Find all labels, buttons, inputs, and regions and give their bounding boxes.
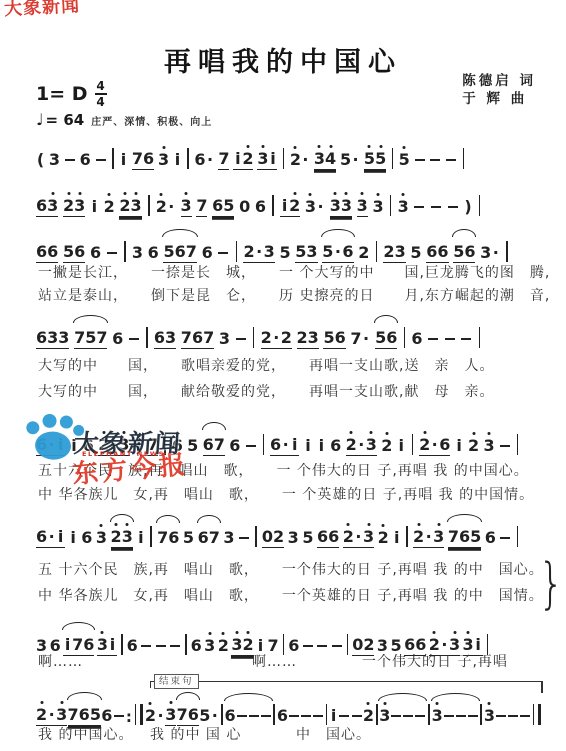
note-token: 6 [229, 430, 240, 456]
note-token [316, 638, 328, 656]
note-digit: 3 [306, 243, 317, 260]
duration-dash [508, 715, 518, 717]
duration-dash [428, 338, 438, 340]
ending-section-label: 结束句 [154, 674, 199, 689]
note-digit: i [317, 437, 326, 454]
note-digit: 3 [58, 329, 69, 346]
note-digit: 6 [80, 151, 91, 168]
octave-dot [261, 145, 264, 148]
note-token: 66 [317, 521, 339, 548]
note-token: 0 [239, 191, 250, 217]
note-token [238, 530, 250, 548]
duration-dash [403, 715, 413, 717]
duration-dash [107, 252, 117, 254]
note-digit: 5 [85, 329, 96, 346]
note-digit: 6 [198, 529, 209, 546]
note-digit: i [119, 151, 128, 168]
note-digit: 6 [81, 529, 92, 546]
notation-line-3: 665663656762·35535·6223566563· [36, 231, 510, 263]
note-token: 2·6 [419, 429, 450, 456]
barline [412, 434, 414, 455]
slur-arc-icon [447, 514, 482, 522]
note-digit: 7 [186, 243, 197, 260]
duration-dash [431, 206, 441, 208]
barline [376, 704, 378, 725]
note-digit: 6 [112, 330, 123, 347]
note-digit: i [134, 437, 143, 454]
note-digit: 6 [342, 243, 353, 260]
octave-dot [382, 524, 385, 527]
octave-dot [40, 701, 43, 704]
note-digit: 2 [346, 436, 357, 453]
lyric-row8-seg1: 我 的中国心。 [38, 724, 133, 744]
octave-dot [350, 431, 353, 434]
note-digit: 6 [277, 707, 288, 724]
note-digit: 6 [90, 244, 101, 261]
duration-dash [391, 715, 401, 717]
note-digit: 6 [191, 637, 202, 654]
note-token: 2· [156, 191, 176, 217]
note-token [460, 331, 472, 349]
note-digit: 7 [209, 529, 220, 546]
barline [121, 634, 123, 655]
barline [253, 327, 255, 348]
note-token [140, 638, 152, 656]
note-digit: 3 [219, 330, 230, 347]
duration-dash [170, 645, 180, 647]
duration-dash [303, 645, 313, 647]
note-digit: 3 [132, 244, 143, 261]
chorus-brace: } [538, 552, 564, 615]
note-token: 02 [262, 521, 284, 548]
note-token [95, 152, 107, 170]
key-signature: 1= D 4 4 [36, 80, 107, 108]
octave-dot [472, 432, 475, 435]
note-digit: 3 [74, 197, 85, 214]
note-token: 56 [375, 322, 397, 349]
note-token [444, 331, 456, 349]
note-digit: i [69, 437, 78, 454]
note-token: 6 [330, 430, 341, 456]
note-digit: 0 [239, 198, 250, 215]
note-token: 2 [358, 237, 369, 263]
barline [187, 148, 189, 169]
note-digit: · [424, 528, 433, 545]
note-digit: 7 [177, 706, 188, 723]
note-token: 3 [484, 700, 531, 726]
lyric-row8-seg3: 中 国心。 [296, 724, 371, 744]
note-digit: 2 [273, 528, 284, 545]
note-token: i [90, 191, 99, 217]
note-digit: 3 [158, 151, 169, 168]
slur-arc-icon [431, 693, 480, 701]
note-digit: 2 [378, 529, 389, 546]
note-token: 3 [398, 191, 409, 217]
octave-dot [126, 523, 129, 526]
octave-dot [294, 146, 297, 149]
octave-dot [379, 145, 382, 148]
duration-dash [218, 252, 228, 254]
note-token: 63 [154, 322, 176, 349]
note-token [499, 438, 511, 456]
note-digit: i [280, 197, 289, 214]
note-token: 5· [199, 700, 219, 726]
note-digit: 6 [203, 436, 214, 453]
note-token: i [119, 144, 128, 170]
barline [272, 195, 274, 216]
note-token: 67 [198, 522, 220, 548]
octave-dot [102, 431, 105, 434]
note-token: 23 [383, 236, 405, 263]
note-digit: 3 [118, 436, 129, 453]
note-digit: 3 [366, 436, 377, 453]
octave-dot [403, 146, 406, 149]
note-token: 2 [468, 430, 479, 456]
note-digit: 6 [127, 637, 138, 654]
note-digit: 2 [419, 436, 430, 453]
note-token: i [317, 430, 326, 456]
note-token: i [304, 430, 313, 456]
note-token: 6 [255, 191, 266, 217]
note-token: 6 [191, 630, 202, 656]
note-token: 2 [378, 522, 389, 548]
note-token: 23 [63, 190, 85, 217]
note-digit: 6 [148, 244, 159, 261]
note-token [499, 530, 511, 548]
note-digit: i [108, 636, 117, 653]
note-token: i [134, 430, 143, 456]
note-token [155, 638, 167, 656]
note-token [447, 199, 459, 217]
octave-dot [488, 702, 491, 705]
note-token: 757 [74, 322, 107, 349]
note-digit: 5 [340, 151, 351, 168]
note-digit: i [56, 436, 65, 453]
barline [347, 634, 349, 655]
notation-line-8: 2·37656:2·3765·66i2333 [36, 694, 543, 726]
note-token: i [173, 144, 182, 170]
note-digit: 3 [398, 198, 409, 215]
octave-dot [101, 631, 104, 634]
duration-dash [415, 715, 425, 717]
octave-dot [437, 523, 440, 526]
note-digit: 6 [330, 437, 341, 454]
barline [533, 704, 535, 725]
ending-bracket-line [150, 681, 543, 682]
barline [479, 195, 481, 216]
note-token: 55 [364, 143, 386, 170]
note-token [430, 199, 442, 217]
duration-dash [332, 645, 342, 647]
slur-arc-icon [176, 692, 200, 700]
note-digit: i [455, 437, 464, 454]
note-digit: i [304, 437, 313, 454]
quarter-note-icon: ♩ [36, 110, 44, 129]
note-digit: i [329, 707, 338, 724]
note-token: ( [36, 144, 45, 170]
note-token: 3 [219, 323, 230, 349]
note-digit: 6 [168, 529, 179, 546]
note-digit: · [47, 706, 56, 723]
note-digit: 6 [47, 243, 58, 260]
duration-dash [500, 537, 510, 539]
duration-dash [339, 715, 349, 717]
octave-dot [115, 523, 118, 526]
note-digit: 6 [188, 706, 199, 723]
barline [255, 526, 257, 547]
barline [517, 526, 519, 547]
note-digit: 2 [145, 707, 156, 724]
note-token: 3 [49, 144, 60, 170]
note-token: 7· [350, 323, 370, 349]
note-digit: 6 [437, 243, 448, 260]
note-digit: · [301, 151, 310, 168]
note-digit: 6 [255, 198, 266, 215]
note-digit: 5 [163, 243, 174, 260]
time-numerator: 4 [96, 80, 104, 92]
note-token: 3 [158, 144, 169, 170]
note-digit: · [362, 330, 371, 347]
note-digit: 5 [399, 151, 410, 168]
note-digit: 3 [47, 329, 58, 346]
note-digit: i [392, 529, 401, 546]
note-digit: 2 [381, 437, 392, 454]
duration-dash [456, 715, 466, 717]
note-digit: 4 [325, 150, 336, 167]
note-token: 65 [212, 190, 234, 217]
note-digit: · [109, 436, 118, 453]
note-digit: · [206, 151, 215, 168]
note-digit: 5 [295, 243, 306, 260]
duration-dash [301, 715, 311, 717]
note-digit: · [354, 528, 363, 545]
corner-watermark-logo: 大象新闻 [3, 0, 80, 21]
note-token: 5 [410, 237, 421, 263]
note-digit: 2 [290, 151, 301, 168]
note-token: 3 [372, 191, 383, 217]
barline [390, 195, 392, 216]
note-digit: 6 [192, 329, 203, 346]
note-digit: i [69, 529, 78, 546]
barline [517, 434, 519, 455]
octave-dot [222, 632, 225, 635]
note-digit: 7 [203, 329, 214, 346]
note-digit: 2 [468, 437, 479, 454]
note-token [302, 638, 314, 656]
note-digit: 3 [308, 329, 319, 346]
duration-dash [289, 715, 299, 717]
note-digit: 2 [156, 198, 167, 215]
slur-arc-icon [73, 315, 108, 323]
note-digit: 2 [36, 706, 47, 723]
duration-dash [448, 206, 458, 208]
lyricist-credit: 陈德启 词 [462, 72, 536, 90]
note-digit: 5 [302, 529, 313, 546]
note-digit: 6 [328, 528, 339, 545]
note-token: 5·6 [322, 236, 353, 263]
duration-dash [249, 715, 259, 717]
note-digit: 2 [119, 197, 130, 214]
note-token: 3 [96, 522, 107, 548]
note-digit: 5 [375, 150, 386, 167]
note-token: 7 [196, 190, 207, 217]
note-digit: i [290, 436, 299, 453]
note-digit: 3 [165, 706, 176, 723]
note-digit: i [90, 198, 99, 215]
note-digit: 7 [68, 706, 79, 723]
lyric-row8-seg2: 我 的中 国 心 [150, 724, 241, 744]
note-token: 23 [111, 521, 133, 548]
note-digit: 6 [426, 243, 437, 260]
note-digit: 2 [111, 528, 122, 545]
note-token: 2· [290, 144, 310, 170]
credits: 陈德启 词 于 辉 曲 [462, 72, 536, 108]
note-digit: 6 [36, 436, 47, 453]
note-token: 6· [194, 144, 214, 170]
note-digit: 6 [36, 528, 47, 545]
note-digit: 2 [98, 436, 109, 453]
note-digit: 6 [36, 197, 47, 214]
note-token: 67 [203, 429, 225, 456]
octave-dot [488, 432, 491, 435]
slur-arc-icon [110, 514, 134, 522]
slur-arc-icon [67, 692, 102, 700]
barline [463, 148, 465, 169]
note-digit: 7 [132, 150, 143, 167]
lyric-row-verse2a: 大写的中 国， 歌唱亲爱的党， 再唱一支山歌,送 亲 人。 [38, 355, 550, 375]
note-token: 567 [163, 236, 196, 263]
note-digit: 5 [470, 528, 481, 545]
note-digit: 6 [229, 437, 240, 454]
note-token: 6 [81, 522, 92, 548]
duration-dash [520, 715, 530, 717]
note-digit: 3 [264, 243, 275, 260]
note-digit: 6 [225, 707, 236, 724]
octave-dot [453, 631, 456, 634]
octave-dot [318, 145, 321, 148]
duration-dash [445, 338, 455, 340]
octave-dot [67, 192, 70, 195]
octave-dot [347, 523, 350, 526]
barline [124, 241, 126, 262]
notation-line-4: 63375766376732·223567·566 [36, 317, 482, 349]
note-token: 76 [132, 143, 154, 170]
note-digit: 3 [305, 198, 316, 215]
note-token: 2·3 [98, 429, 129, 456]
note-token: 3 [379, 700, 426, 726]
octave-dot [436, 702, 439, 705]
octave-dot [383, 702, 386, 705]
note-token: 6·i [270, 429, 299, 456]
octave-dot [293, 192, 296, 195]
note-digit: 7 [96, 329, 107, 346]
note-token [245, 438, 257, 456]
tempo-value: = 64 [46, 111, 85, 129]
octave-dot [162, 146, 165, 149]
note-token: ) [463, 191, 472, 217]
note-digit: 2 [363, 707, 374, 724]
note-digit: i [397, 437, 406, 454]
note-digit: 6 [175, 243, 186, 260]
note-digit: 6 [386, 329, 397, 346]
note-digit: 5 [183, 529, 194, 546]
note-digit: 2 [383, 243, 394, 260]
note-digit: 3 [181, 197, 192, 214]
note-token: 6 [172, 430, 183, 456]
note-token: 6 [411, 323, 422, 349]
note-token: 66 [426, 236, 448, 263]
note-digit: 7 [74, 329, 85, 346]
note-token: 6 [101, 700, 112, 726]
octave-dot [417, 523, 420, 526]
octave-dot [423, 431, 426, 434]
note-digit: 7 [218, 150, 229, 167]
note-token: 63 [36, 190, 58, 217]
note-digit: 6 [459, 528, 470, 545]
note-token: 2·3 [413, 521, 444, 548]
note-digit: 3 [96, 529, 107, 546]
note-token: i [455, 430, 464, 456]
note-digit: 7 [214, 436, 225, 453]
note-token: 6·i [36, 521, 65, 548]
note-token: i [329, 700, 338, 726]
lyric-ah-2: 啊…… [252, 651, 297, 671]
note-token: 2· [145, 700, 165, 726]
note-digit: 5 [187, 437, 198, 454]
note-token: 76 [157, 522, 179, 548]
note-digit: 2 [242, 150, 253, 167]
note-token: 6 [90, 237, 101, 263]
note-token: 6 [225, 700, 272, 726]
note-token: 2·3 [343, 521, 374, 548]
octave-dot [377, 193, 380, 196]
note-digit: 3 [363, 528, 374, 545]
octave-dot [367, 702, 370, 705]
note-token: 2·3 [346, 429, 377, 456]
note-token: 53 [295, 236, 317, 263]
note-token: 765 [68, 699, 101, 726]
note-digit: 5 [453, 243, 464, 260]
notation-line-6: 6·ii6323i7656730235662·32i2·37656 [36, 516, 520, 548]
note-digit: 6 [154, 329, 165, 346]
note-digit: 7 [350, 330, 361, 347]
octave-dot [367, 523, 370, 526]
notation-line-2: 6323i2232·376506i23·33333) [36, 185, 482, 217]
octave-dot [385, 432, 388, 435]
note-token: 5 [183, 522, 194, 548]
note-digit: i [233, 150, 242, 167]
note-token: 2·3 [36, 699, 67, 726]
note-token [235, 331, 247, 349]
note-digit: 7 [181, 329, 192, 346]
note-digit: 6 [485, 529, 496, 546]
note-token: 56 [63, 236, 85, 263]
note-digit: 3 [341, 197, 352, 214]
duration-dash [114, 715, 124, 717]
lyric-row-verse1b: 站立是泰山， 倒下是昆 仑， 历 史擦亮的日 月,东方崛起的潮 音, [38, 285, 550, 305]
note-token: 3 [204, 630, 215, 656]
duration-dash [468, 715, 478, 717]
note-digit: · [167, 198, 176, 215]
note-token [106, 245, 118, 263]
lyric-row-chorus1b: 中 华各族儿 女,再 唱山 歌， 一 个英雄的日 子,再唱 我 的中国情。 [38, 484, 550, 504]
barline [506, 241, 508, 262]
note-digit: · [316, 198, 325, 215]
tempo-marking: ♩ = 64 庄严、深情、积极、向上 [36, 110, 212, 129]
barline [148, 195, 150, 216]
note-token: 7 [147, 429, 158, 456]
barline [185, 634, 187, 655]
